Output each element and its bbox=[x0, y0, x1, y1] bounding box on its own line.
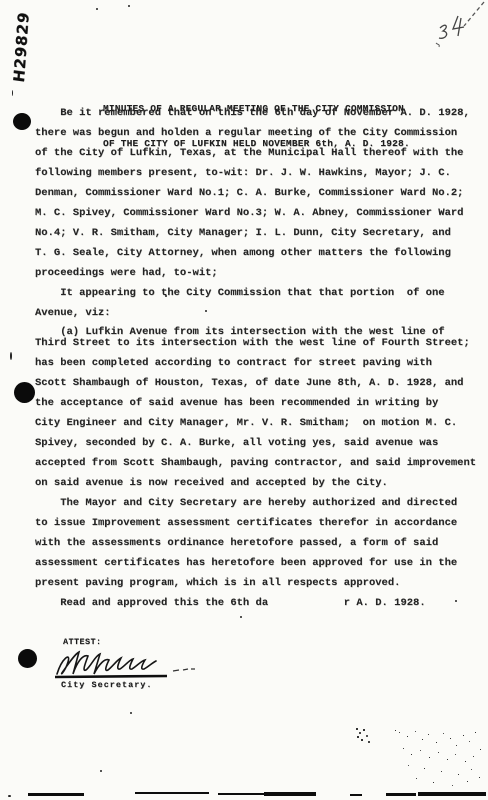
scan-edge-artifact bbox=[264, 792, 316, 796]
signature-title: City Secretary. bbox=[61, 680, 205, 690]
scan-speck bbox=[100, 770, 102, 772]
scan-speck bbox=[165, 295, 167, 297]
hole-punch-icon bbox=[18, 649, 37, 668]
hole-punch-icon bbox=[14, 382, 35, 403]
scan-speck bbox=[128, 5, 130, 7]
paragraph: The Mayor and City Secretary are hereby … bbox=[35, 493, 475, 593]
paragraph: (a) Lufkin Avenue from its intersection … bbox=[35, 327, 475, 348]
scan-noise-cluster bbox=[395, 730, 396, 731]
scan-edge-artifact bbox=[28, 793, 84, 796]
scan-edge-artifact bbox=[135, 792, 209, 794]
scan-edge-artifact bbox=[418, 792, 486, 796]
scan-speck bbox=[8, 795, 11, 797]
scan-speck bbox=[130, 712, 132, 714]
scan-noise-cluster bbox=[356, 728, 358, 730]
hole-punch-icon bbox=[13, 113, 31, 130]
signature bbox=[55, 648, 205, 682]
paragraph: Be it remembered that on this the 6th da… bbox=[35, 103, 475, 283]
scanned-document-page: H29829 MINUTES OF A REGULAR MEETING OF T… bbox=[0, 0, 488, 800]
scan-edge-artifact bbox=[350, 794, 362, 796]
scan-speck bbox=[205, 310, 207, 312]
handwritten-mark-34-icon bbox=[418, 0, 488, 55]
paragraph: Read and approved this the 6th da r A. D… bbox=[35, 593, 475, 613]
scan-edge-artifact bbox=[386, 793, 416, 796]
paragraph: has been completed according to contract… bbox=[35, 353, 475, 493]
scan-speck bbox=[455, 600, 457, 602]
scan-speck bbox=[240, 616, 242, 618]
attest-block: ATTEST: City Secretary. bbox=[55, 637, 205, 690]
paragraph: It appearing to the City Commission that… bbox=[35, 283, 475, 323]
scan-speck bbox=[12, 90, 13, 96]
scan-speck bbox=[10, 352, 12, 360]
attest-label: ATTEST: bbox=[63, 637, 205, 647]
scan-speck bbox=[96, 8, 98, 10]
document-body: Be it remembered that on this the 6th da… bbox=[35, 103, 475, 613]
scan-edge-artifact bbox=[218, 793, 264, 795]
archive-stamp: H29829 bbox=[10, 10, 33, 83]
